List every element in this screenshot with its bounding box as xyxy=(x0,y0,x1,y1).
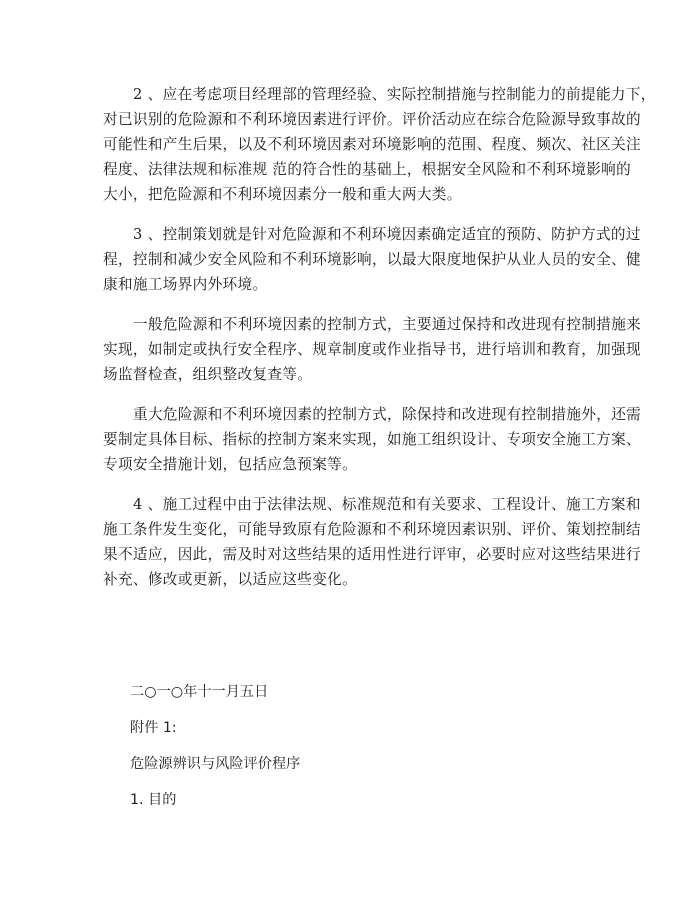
paragraph-general-control: 一般危险源和不利环境因素的控制方式，主要通过保持和改进现有控制措施来 实现，如制… xyxy=(103,312,613,387)
paragraph-line: 2 、应在考虑项目经理部的管理经验、实际控制措施与控制能力的前提能力下， xyxy=(103,82,613,107)
paragraph-line: 实现，如制定或执行安全程序、规章制度或作业指导书，进行培训和教育，加强现 xyxy=(103,337,613,362)
paragraph-line: 3 、控制策划就是针对危险源和不利环境因素确定适宜的预防、防护方式的过 xyxy=(103,222,613,247)
paragraph-item-3: 3 、控制策划就是针对危险源和不利环境因素确定适宜的预防、防护方式的过 程，控制… xyxy=(103,222,613,297)
paragraph-line: 大小，把危险源和不利环境因素分一般和重大两大类。 xyxy=(103,182,613,207)
paragraph-line: 专项安全措施计划，包括应急预案等。 xyxy=(103,452,613,477)
appendix-section: 二○一○年十一月五日 附件 1: 危险源辨识与风险评价程序 1. 目的 xyxy=(130,681,580,825)
paragraph-line: 一般危险源和不利环境因素的控制方式，主要通过保持和改进现有控制措施来 xyxy=(103,312,613,337)
section-heading: 1. 目的 xyxy=(130,789,580,811)
paragraph-item-2: 2 、应在考虑项目经理部的管理经验、实际控制措施与控制能力的前提能力下， 对已识… xyxy=(103,82,613,207)
paragraph-line: 可能性和产生后果，以及不利环境因素对环境影响的范围、程度、频次、社区关注 xyxy=(103,132,613,157)
paragraph-line: 4 、施工过程中由于法律法规、标准规范和有关要求、工程设计、施工方案和 xyxy=(103,492,613,517)
paragraph-line: 补充、修改或更新，以适应这些变化。 xyxy=(103,567,613,592)
paragraph-line: 要制定具体目标、指标的控制方案来实现，如施工组织设计、专项安全施工方案、 xyxy=(103,427,613,452)
attachment-label: 附件 1: xyxy=(130,717,580,739)
document-page: 2 、应在考虑项目经理部的管理经验、实际控制措施与控制能力的前提能力下， 对已识… xyxy=(0,0,700,905)
document-body: 2 、应在考虑项目经理部的管理经验、实际控制措施与控制能力的前提能力下， 对已识… xyxy=(103,82,613,607)
document-date: 二○一○年十一月五日 xyxy=(130,681,580,703)
paragraph-line: 程，控制和减少安全风险和不利环境影响，以最大限度地保护从业人员的安全、健 xyxy=(103,247,613,272)
paragraph-line: 果不适应，因此，需及时对这些结果的适用性进行评审，必要时应对这些结果进行 xyxy=(103,542,613,567)
attachment-title: 危险源辨识与风险评价程序 xyxy=(130,753,580,775)
paragraph-major-control: 重大危险源和不利环境因素的控制方式，除保持和改进现有控制措施外，还需 要制定具体… xyxy=(103,402,613,477)
paragraph-line: 对已识别的危险源和不利环境因素进行评价。评价活动应在综合危险源导致事故的 xyxy=(103,107,613,132)
paragraph-item-4: 4 、施工过程中由于法律法规、标准规范和有关要求、工程设计、施工方案和 施工条件… xyxy=(103,492,613,592)
paragraph-line: 程度、法律法规和标准规 范的符合性的基础上，根据安全风险和不利环境影响的 xyxy=(103,157,613,182)
paragraph-line: 重大危险源和不利环境因素的控制方式，除保持和改进现有控制措施外，还需 xyxy=(103,402,613,427)
paragraph-line: 场监督检查，组织整改复查等。 xyxy=(103,362,613,387)
paragraph-line: 康和施工场界内外环境。 xyxy=(103,272,613,297)
paragraph-line: 施工条件发生变化，可能导致原有危险源和不利环境因素识别、评价、策划控制结 xyxy=(103,517,613,542)
